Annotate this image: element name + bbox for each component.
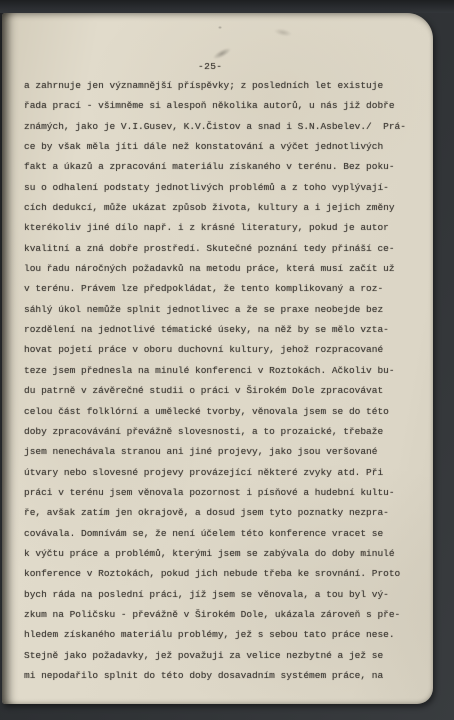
text-line: kterékoliv jiné dílo např. i z krásné li… — [24, 218, 434, 238]
text-line: v terénu. Právem lze předpokládat, že te… — [24, 279, 434, 299]
text-line: doby zpracovávání převážně slovesnosti, … — [24, 422, 434, 442]
text-line: útvary nebo slovesné projevy provázející… — [24, 463, 434, 483]
text-line: k výčtu práce a problémů, kterými jsem s… — [24, 544, 434, 564]
text-line: teze jsem přednesla na minulé konferenci… — [24, 361, 434, 381]
text-line: du patrně v závěrečné studii o práci v Š… — [24, 381, 434, 401]
text-line: hledem získaného materiálu problémy, jež… — [24, 625, 434, 645]
text-line: sáhlý úkol nemůže splnit jednotlivec a ž… — [24, 300, 434, 320]
scan-background: -25- a zahrnuje jen významnější příspěvk… — [0, 0, 454, 720]
text-line: ce by však měla jíti dále než konstatová… — [24, 137, 434, 157]
text-line: hovat pojetí práce v oboru duchovní kult… — [24, 340, 434, 360]
text-line: lou řadu náročných požadavků na metodu p… — [24, 259, 434, 279]
text-line: bych ráda na poslední práci, jíž jsem se… — [24, 585, 434, 605]
text-line: ře, avšak zatím jen okrajově, a dosud js… — [24, 503, 434, 523]
text-line: Stejně jako požadavky, jež považuji za v… — [24, 646, 434, 666]
pencil-smudge — [218, 26, 222, 29]
text-line: práci v terénu jsem věnovala pozornost i… — [24, 483, 434, 503]
typewritten-text-block: a zahrnuje jen významnější příspěvky; z … — [24, 76, 434, 686]
text-line: mi nepodařilo splnit do této doby dosava… — [24, 666, 434, 686]
text-line: rozdělení na jednotlivé tématické úseky,… — [24, 320, 434, 340]
text-line: su o odhalení podstaty jednotlivých prob… — [24, 178, 434, 198]
pencil-smudge — [273, 27, 292, 38]
text-line: řada prací - všimněme si alespoň několik… — [24, 96, 434, 116]
text-line: covávala. Domnívám se, že není účelem té… — [24, 524, 434, 544]
page-number: -25- — [198, 61, 222, 72]
text-line: konference v Roztokách, pokud jich nebud… — [24, 564, 434, 584]
scanned-page: -25- a zahrnuje jen významnější příspěvk… — [2, 13, 433, 704]
text-line: a zahrnuje jen významnější příspěvky; z … — [24, 76, 434, 96]
text-line: fakt a úkazů a zpracování materiálu získ… — [24, 157, 434, 177]
text-line: zkum na Poličsku - převážně v Širokém Do… — [24, 605, 434, 625]
text-line: celou část folklórní a umělecké tvorby, … — [24, 402, 434, 422]
text-line: jsem nenechávala stranou ani jiné projev… — [24, 442, 434, 462]
text-line: cích dedukcí, může ukázat způsob života,… — [24, 198, 434, 218]
text-line: kvalitní a zná dobře prostředí. Skutečné… — [24, 239, 434, 259]
pencil-smudge — [212, 46, 233, 62]
text-line: známých, jako je V.I.Gusev, K.V.Čistov a… — [24, 117, 434, 137]
